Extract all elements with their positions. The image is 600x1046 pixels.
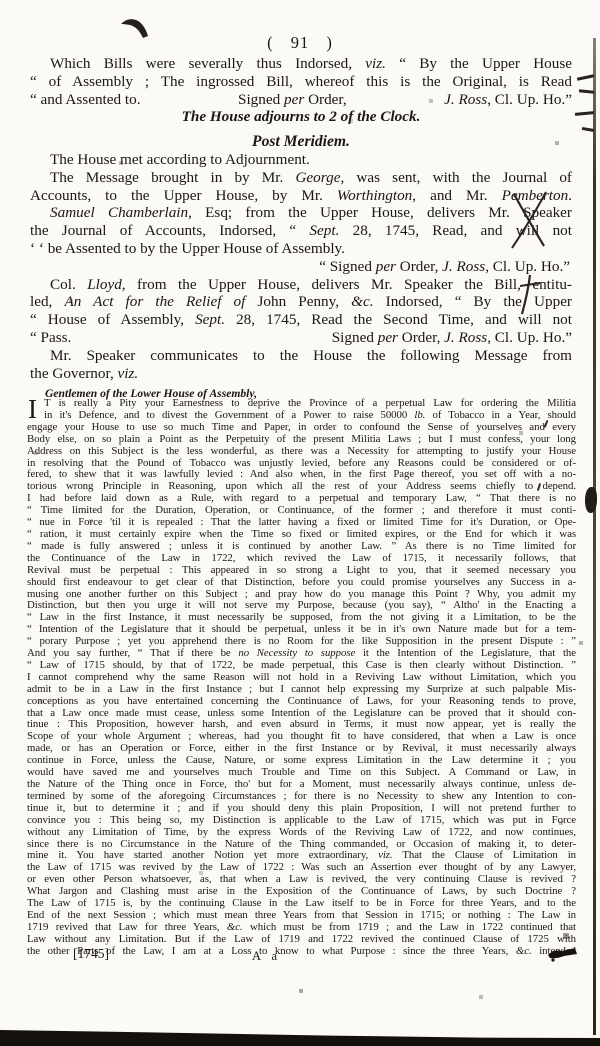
text-line: Distinction, but then you urge it will n… [27, 600, 576, 612]
text-line: the other Parts of the Law, I am at a Lo… [27, 946, 576, 958]
text-line: convince you : This being so, my Distinc… [27, 815, 576, 827]
text-line: Samuel Chamberlain, Esq; from the Upper … [30, 204, 572, 222]
text-line: Mr. Speaker communicates to the House th… [30, 347, 572, 365]
text-line: the Nature of the Thing once in Force, t… [27, 779, 576, 791]
text-line: “ and Assented to. Signed per Order, J. … [30, 91, 572, 109]
text-line: tinue : This Proposition, however harsh,… [27, 719, 576, 731]
upper-text-block: Which Bills were severally thus Indorsed… [30, 55, 572, 382]
signature-mark: A a [252, 949, 281, 964]
text-line: I had before laid down as a Rule, with r… [27, 493, 576, 505]
governor-message-block: T is really a Pity your Earnestness to d… [27, 398, 576, 958]
handwritten-cross-mark [516, 274, 542, 316]
scan-bottom-band [0, 1026, 600, 1046]
handwritten-x-mark [510, 190, 552, 250]
text-line: “ nue in Force 'til it is repealed : Tha… [27, 517, 576, 529]
text-line: admit to be in a Law in the first Instan… [27, 684, 576, 696]
text-line: Body else, on so plain a Point as the Pe… [27, 434, 576, 446]
text-line: “ porary Purpose ; yet you apprehend the… [27, 636, 576, 648]
text-line: “ Pass. Signed per Order, J. Ross, Cl. U… [30, 329, 572, 347]
text-line: What Jargon and Clashing must arise in t… [27, 886, 576, 898]
text-line: “ Law of 1715 should, by that of 1722, b… [27, 660, 576, 672]
text-line: I cannot comprehend why the same Reason … [27, 672, 576, 684]
text-line: Col. Lloyd, from the Upper House, delive… [30, 276, 572, 294]
text-line: since there is no Circumstance in the Na… [27, 839, 576, 851]
text-segment: “ Pass. [30, 329, 71, 347]
text-line: “ made is fully answered ; unless it is … [27, 541, 576, 553]
scan-edge-artifact [575, 111, 594, 115]
text-line: T is really a Pity your Earnestness to d… [27, 398, 576, 410]
text-line: fered, to shew that it was lawfully levi… [27, 469, 576, 481]
text-line: conceptions as you have entertained conc… [27, 696, 576, 708]
adjournment-line: The House adjourns to 2 of the Clock. [30, 108, 572, 126]
text-segment: Signed per Order, [238, 91, 347, 109]
text-line: without any Limitation of Time, by the e… [27, 827, 576, 839]
scan-edge-blot [585, 487, 597, 513]
text-line: Law without any Limitation. But if the L… [27, 934, 576, 946]
text-line: “ Signed per Order, J. Ross, Cl. Up. Ho.… [30, 258, 572, 276]
text-line: the Journal of Accounts, Indorsed, “ Sep… [30, 222, 572, 240]
text-segment: “ and Assented to. [30, 91, 141, 109]
text-line: The Law of 1715 is, by the continuing Cl… [27, 898, 576, 910]
text-line: ‘ ‘ be Assented to by the Upper House of… [30, 240, 572, 258]
post-meridiem-heading: Post Meridiem. [30, 133, 572, 151]
text-line: continue in Force, unless the Cause, Nat… [27, 755, 576, 767]
text-line: in resolving that the Pound of Tobacco w… [27, 458, 576, 470]
text-line: musing one another further on this Subje… [27, 589, 576, 601]
text-line: Revival must be perpetual : This appeare… [27, 565, 576, 577]
text-line: “ Time limited for the Duration, Operati… [27, 505, 576, 517]
text-line: made, or has an Operation or Force, eith… [27, 743, 576, 755]
text-line: termined by some of the aforegoing Circu… [27, 791, 576, 803]
text-line: led, An Act for the Relief of John Penny… [30, 293, 572, 311]
scan-edge-artifact [579, 89, 594, 94]
footer-year: [1745] [73, 946, 109, 962]
text-line: End of the next Session ; which must mea… [27, 910, 576, 922]
text-line: “ Intention of the Legislature that it s… [27, 624, 576, 636]
text-segment: Signed per Order, J. Ross, Cl. Up. Ho.” [332, 329, 572, 347]
text-line: “ of Assembly ; The ingrossed Bill, wher… [30, 73, 572, 91]
ink-blob-mark [548, 945, 578, 963]
text-line: the Governor, viz. [30, 365, 572, 383]
text-line: “ ration, it must certainly expire when … [27, 529, 576, 541]
text-line: 1719 revived that Law for three Years, &… [27, 922, 576, 934]
text-line: Accounts, to the Upper House, by Mr. Wor… [30, 187, 572, 205]
text-line: engage your House to use so much Time an… [27, 422, 576, 434]
text-line: Address on this Subject is the less wond… [27, 446, 576, 458]
text-line: in it's Defence, and to divest the Gover… [27, 410, 576, 422]
scanned-document-page: ( 91 ) Which Bills were severally thus I… [0, 0, 600, 1046]
text-line: or even other Person whatsoever, as, tha… [27, 874, 576, 886]
text-line: the Law of 1715 was revived by the Law o… [27, 862, 576, 874]
text-line: would have saved me and yourselves much … [27, 767, 576, 779]
text-line: Scope of your whole Argument ; whereas, … [27, 731, 576, 743]
text-line: And you say further, “ That if there be … [27, 648, 576, 660]
text-line: “ Law in the first Instance, it must nec… [27, 612, 576, 624]
text-line: mine it. You have started another Notion… [27, 850, 576, 862]
handwritten-flourish-mark [120, 16, 150, 42]
text-line: Which Bills were severally thus Indorsed… [30, 55, 572, 73]
text-line: “ House of Assembly, Sept. 28, 1745, Rea… [30, 311, 572, 329]
page-number: ( 91 ) [0, 33, 600, 53]
text-line: that a Law once made must cease, unless … [27, 708, 576, 720]
text-line: tinue it, but to determine it ; and if y… [27, 803, 576, 815]
scan-edge-shadow [593, 38, 596, 1035]
text-line: The Message brought in by Mr. George, wa… [30, 169, 572, 187]
page-speckles [0, 0, 2, 2]
text-segment: J. Ross, Cl. Up. Ho.” [444, 91, 572, 109]
scan-edge-artifact [577, 74, 594, 80]
text-line: The House met according to Adjournment. [30, 151, 572, 169]
text-line: torious wrong Principle in Reasoning, up… [27, 481, 576, 493]
text-line: the Continuance of the Law in 1722, whic… [27, 553, 576, 565]
text-line: should first endeavour to get clear of t… [27, 577, 576, 589]
